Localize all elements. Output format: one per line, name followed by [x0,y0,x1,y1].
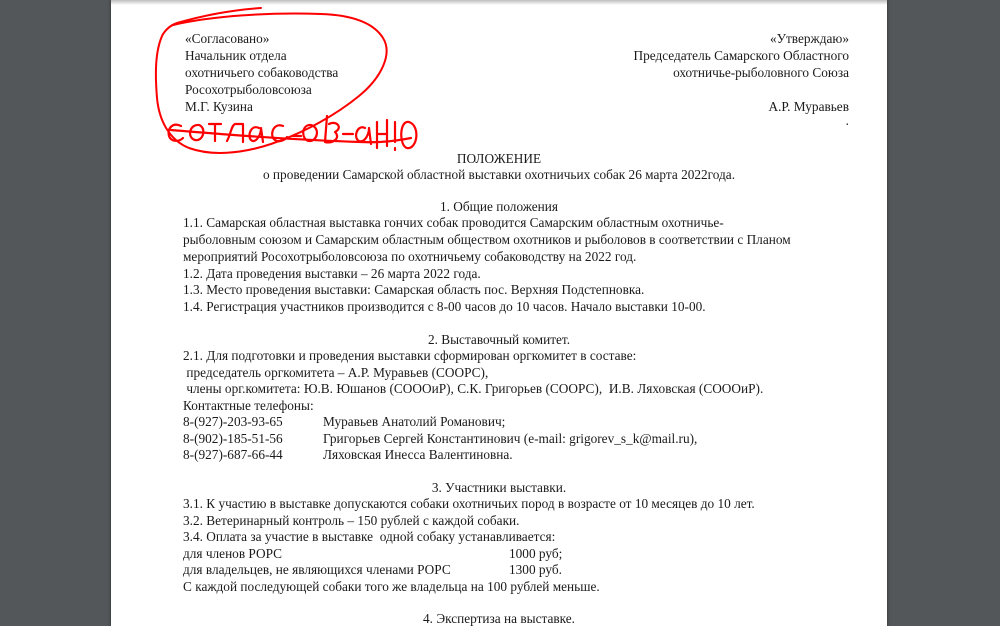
contact-name: Григорьев Сергей Константинович (e-mail:… [323,430,697,447]
section-line: председатель оргкомитета – А.Р. Муравьев… [183,364,488,381]
contact-phone: 8-(927)-687-66-44 [183,446,283,463]
section-line: 1.2. Дата проведения выставки – 26 марта… [183,265,481,282]
section-line: 1.3. Место проведения выставки: Самарска… [183,281,644,298]
approval-left-signature: М.Г. Кузина [185,98,253,115]
approval-left-line: охотничьего собаководства [185,64,338,81]
document-subtitle: о проведении Самарской областной выставк… [111,166,887,183]
section-line: 3.2. Ветеринарный контроль – 150 рублей … [183,512,520,529]
approval-right-line: охотничье-рыболовного Союза [673,64,849,81]
contact-phone: 8-(927)-203-93-65 [183,413,283,430]
approval-right-line: Председатель Самарского Областного [634,47,850,64]
section-line: 3.4. Оплата за участие в выставке одной … [183,528,555,545]
contact-phone: 8-(902)-185-51-56 [183,430,283,447]
section-line: 1.1. Самарская областная выставка гончих… [183,214,724,231]
section-heading: 3. Участники выставки. [111,479,887,496]
approval-left-header: «Согласовано» [185,30,269,47]
contact-name: Муравьев Анатолий Романович; [323,413,505,430]
contact-name: Ляховская Инесса Валентиновна. [323,446,513,463]
section-heading: 4. Экспертиза на выставке. [111,610,887,626]
fee-amount: 1000 руб; [509,545,562,562]
approval-right-signature: А.Р. Муравьев [768,98,849,115]
document-page: «Согласовано» Начальник отдела охотничье… [111,0,887,626]
approval-right-dot: . [846,112,849,129]
section-line: члены орг.комитета: Ю.В. Юшанов (СОООиР)… [183,380,763,397]
section-line: Контактные телефоны: [183,397,314,414]
fee-amount: 1300 руб. [509,561,562,578]
section-heading: 1. Общие положения [111,198,887,215]
section-line: рыболовным союзом и Самарским областным … [183,231,791,248]
document-title: ПОЛОЖЕНИЕ [111,150,887,167]
section-line: 1.4. Регистрация участников производится… [183,298,706,315]
section-heading: 2. Выставочный комитет. [111,331,887,348]
section-line: 2.1. Для подготовки и проведения выставк… [183,347,636,364]
fee-label: для владельцев, не являющихся членами РО… [183,561,451,578]
section-footer: С каждой последующей собаки того же влад… [183,578,600,595]
approval-left-line: Росохотрыболовсоюза [185,81,312,98]
fee-label: для членов РОРС [183,545,282,562]
document-content: «Согласовано» Начальник отдела охотничье… [111,0,887,626]
section-line: мероприятий Росохотрыболовсоюза по охотн… [183,248,636,265]
approval-left-line: Начальник отдела [185,47,287,64]
approval-right-header: «Утверждаю» [770,30,849,47]
section-line: 3.1. К участию в выставке допускаются со… [183,495,755,512]
